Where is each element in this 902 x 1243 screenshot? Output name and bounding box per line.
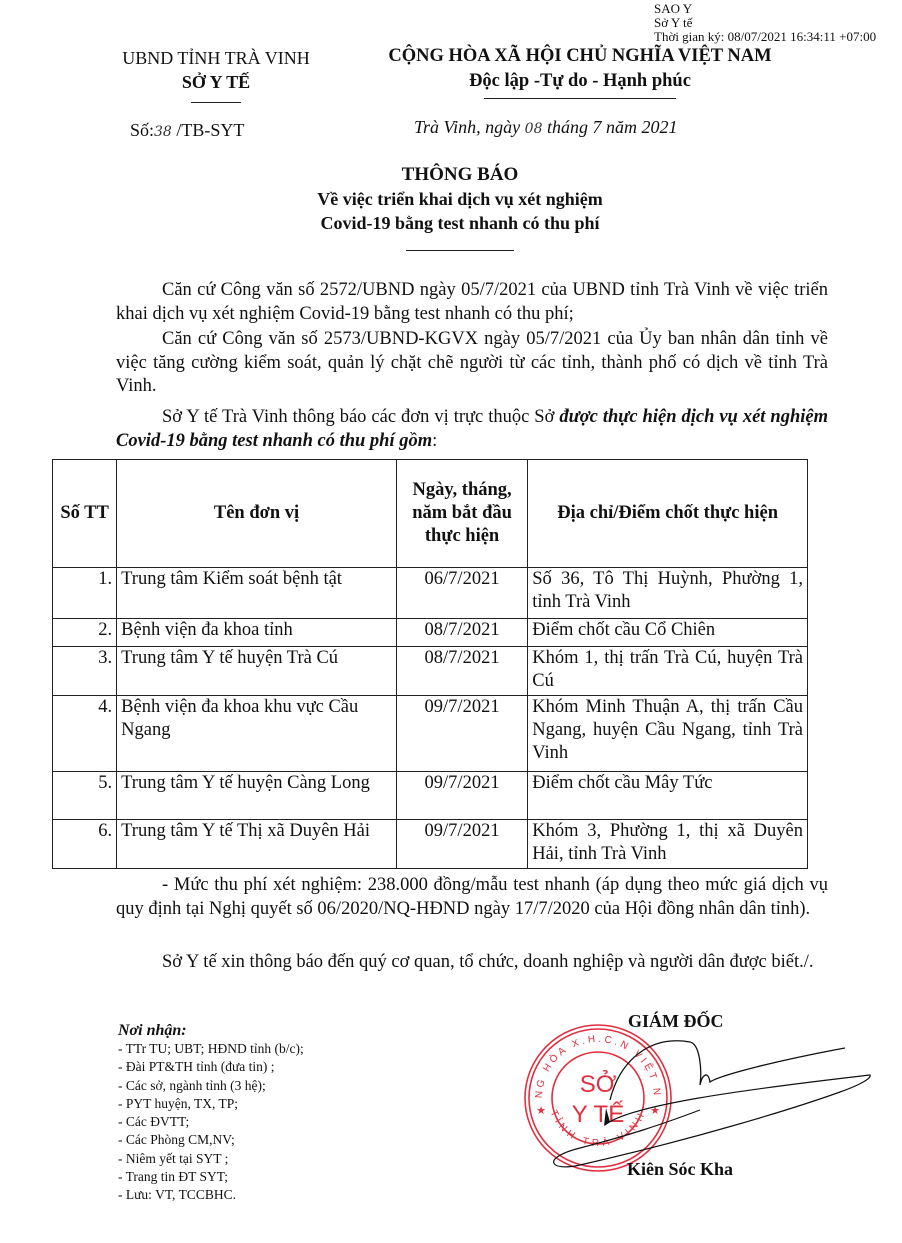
doc-number-suffix: /TB-SYT xyxy=(172,120,245,140)
table-row: 3.Trung tâm Y tế huyện Trà Cú08/7/2021Kh… xyxy=(53,647,808,696)
date-day-handwritten: 08 xyxy=(525,121,543,137)
unit-name: Trung tâm Kiểm soát bệnh tật xyxy=(117,568,397,619)
title-underline xyxy=(406,250,514,251)
recipient-item: - TTr TU; UBT; HĐND tỉnh (b/c); xyxy=(118,1040,304,1058)
start-date: 09/7/2021 xyxy=(396,772,527,820)
start-date: 06/7/2021 xyxy=(396,568,527,619)
row-number: 1. xyxy=(53,568,117,619)
unit-address: Khóm 3, Phường 1, thị xã Duyên Hải, tỉnh… xyxy=(528,820,808,869)
table-header-row: Số TT Tên đơn vị Ngày, tháng, năm bắt đầ… xyxy=(53,460,808,568)
signer-title: GIÁM ĐỐC xyxy=(628,1011,724,1032)
header-address: Địa chỉ/Điểm chốt thực hiện xyxy=(528,460,808,568)
place-date-prefix: Trà Vinh, ngày xyxy=(414,117,525,137)
legal-basis-1: Căn cứ Công văn số 2572/UBND ngày 05/7/2… xyxy=(116,279,828,326)
recipients-list: Nơi nhận: - TTr TU; UBT; HĐND tỉnh (b/c)… xyxy=(118,1022,304,1205)
handwritten-signature-icon xyxy=(540,1030,880,1180)
unit-address: Khóm Minh Thuận A, thị trấn Cầu Ngang, h… xyxy=(528,696,808,772)
table-row: 5.Trung tâm Y tế huyện Càng Long09/7/202… xyxy=(53,772,808,820)
issuing-agency-header: UBND TỈNH TRÀ VINH SỞ Y TẾ xyxy=(96,46,336,103)
closing-text: Sở Y tế xin thông báo đến quý cơ quan, t… xyxy=(162,952,814,972)
row-number: 3. xyxy=(53,647,117,696)
start-date: 08/7/2021 xyxy=(396,619,527,647)
closing-paragraph: Sở Y tế xin thông báo đến quý cơ quan, t… xyxy=(116,951,828,975)
recipient-item: - Đài PT&TH tỉnh (đưa tin) ; xyxy=(118,1058,304,1076)
table-row: 1.Trung tâm Kiểm soát bệnh tật06/7/2021S… xyxy=(53,568,808,619)
row-number: 5. xyxy=(53,772,117,820)
legal-basis-1-text: Căn cứ Công văn số 2572/UBND ngày 05/7/2… xyxy=(116,280,828,324)
unit-name: Trung tâm Y tế huyện Càng Long xyxy=(117,772,397,820)
national-header: CỘNG HÒA XÃ HỘI CHỦ NGHĨA VIỆT NAM Độc l… xyxy=(340,44,820,99)
table-row: 4.Bệnh viện đa khoa khu vực Cầu Ngang09/… xyxy=(53,696,808,772)
place-date: Trà Vinh, ngày 08 tháng 7 năm 2021 xyxy=(414,117,678,138)
header-unit-name: Tên đơn vị xyxy=(117,460,397,568)
table-row: 6.Trung tâm Y tế Thị xã Duyên Hải09/7/20… xyxy=(53,820,808,869)
title-sub-1: Về việc triển khai dịch vụ xét nghiệm xyxy=(200,187,720,211)
announcement-plain: Sở Y tế Trà Vinh thông báo các đơn vị tr… xyxy=(162,407,559,427)
fee-paragraph: - Mức thu phí xét nghiệm: 238.000 đồng/m… xyxy=(116,874,828,921)
title-main: THÔNG BÁO xyxy=(200,163,720,187)
legal-basis-2: Căn cứ Công văn số 2573/UBND-KGVX ngày 0… xyxy=(116,328,828,399)
fee-text: - Mức thu phí xét nghiệm: 238.000 đồng/m… xyxy=(116,875,828,919)
national-title: CỘNG HÒA XÃ HỘI CHỦ NGHĨA VIỆT NAM xyxy=(340,44,820,68)
national-motto: Độc lập -Tự do - Hạnh phúc xyxy=(340,68,820,94)
row-number: 2. xyxy=(53,619,117,647)
recipient-item: - Các sở, ngành tỉnh (3 hệ); xyxy=(118,1077,304,1095)
recipient-item: - PYT huyện, TX, TP; xyxy=(118,1095,304,1113)
start-date: 09/7/2021 xyxy=(396,820,527,869)
signature-timestamp: Thời gian ký: 08/07/2021 16:34:11 +07:00 xyxy=(654,30,876,44)
document-title: THÔNG BÁO Về việc triển khai dịch vụ xét… xyxy=(200,163,720,251)
row-number: 6. xyxy=(53,820,117,869)
announcement-colon: : xyxy=(432,431,437,451)
recipient-item: - Trang tin ĐT SYT; xyxy=(118,1168,304,1186)
recipients-heading: Nơi nhận: xyxy=(118,1022,304,1040)
doc-number-prefix: Số: xyxy=(130,120,154,140)
signature-copy-label: SAO Y xyxy=(654,2,876,16)
unit-name: Trung tâm Y tế Thị xã Duyên Hải xyxy=(117,820,397,869)
motto-underline xyxy=(484,98,676,99)
recipient-item: - Các ĐVTT; xyxy=(118,1113,304,1131)
signature-issuer: Sở Y tế xyxy=(654,16,876,30)
legal-basis-2-text: Căn cứ Công văn số 2573/UBND-KGVX ngày 0… xyxy=(116,329,828,396)
header-start-date: Ngày, tháng, năm bắt đầu thực hiện xyxy=(396,460,527,568)
agency-name: SỞ Y TẾ xyxy=(96,70,336,94)
recipient-item: - Niêm yết tại SYT ; xyxy=(118,1150,304,1168)
unit-name: Trung tâm Y tế huyện Trà Cú xyxy=(117,647,397,696)
unit-address: Số 36, Tô Thị Huỳnh, Phường 1, tỉnh Trà … xyxy=(528,568,808,619)
agency-underline xyxy=(191,102,241,103)
units-table: Số TT Tên đơn vị Ngày, tháng, năm bắt đầ… xyxy=(52,459,808,869)
unit-address: Khóm 1, thị trấn Trà Cú, huyện Trà Cú xyxy=(528,647,808,696)
signer-name: Kiên Sóc Kha xyxy=(627,1159,733,1180)
place-date-suffix: tháng 7 năm 2021 xyxy=(543,117,678,137)
unit-name: Bệnh viện đa khoa khu vực Cầu Ngang xyxy=(117,696,397,772)
unit-address: Điểm chốt cầu Cổ Chiên xyxy=(528,619,808,647)
unit-name: Bệnh viện đa khoa tỉnh xyxy=(117,619,397,647)
recipient-item: - Các Phòng CM,NV; xyxy=(118,1131,304,1149)
doc-number-handwritten: 38 xyxy=(154,124,172,140)
unit-address: Điểm chốt cầu Mây Tức xyxy=(528,772,808,820)
title-sub-2: Covid-19 bằng test nhanh có thu phí xyxy=(200,211,720,235)
digital-signature-info: SAO Y Sở Y tế Thời gian ký: 08/07/2021 1… xyxy=(654,2,876,44)
announcement-paragraph: Sở Y tế Trà Vinh thông báo các đơn vị tr… xyxy=(116,406,828,453)
start-date: 08/7/2021 xyxy=(396,647,527,696)
document-number: Số:38 /TB-SYT xyxy=(130,120,244,141)
recipient-item: - Lưu: VT, TCCBHC. xyxy=(118,1186,304,1204)
header-no: Số TT xyxy=(53,460,117,568)
start-date: 09/7/2021 xyxy=(396,696,527,772)
row-number: 4. xyxy=(53,696,117,772)
table-row: 2.Bệnh viện đa khoa tỉnh08/7/2021Điểm ch… xyxy=(53,619,808,647)
parent-agency: UBND TỈNH TRÀ VINH xyxy=(96,46,336,70)
